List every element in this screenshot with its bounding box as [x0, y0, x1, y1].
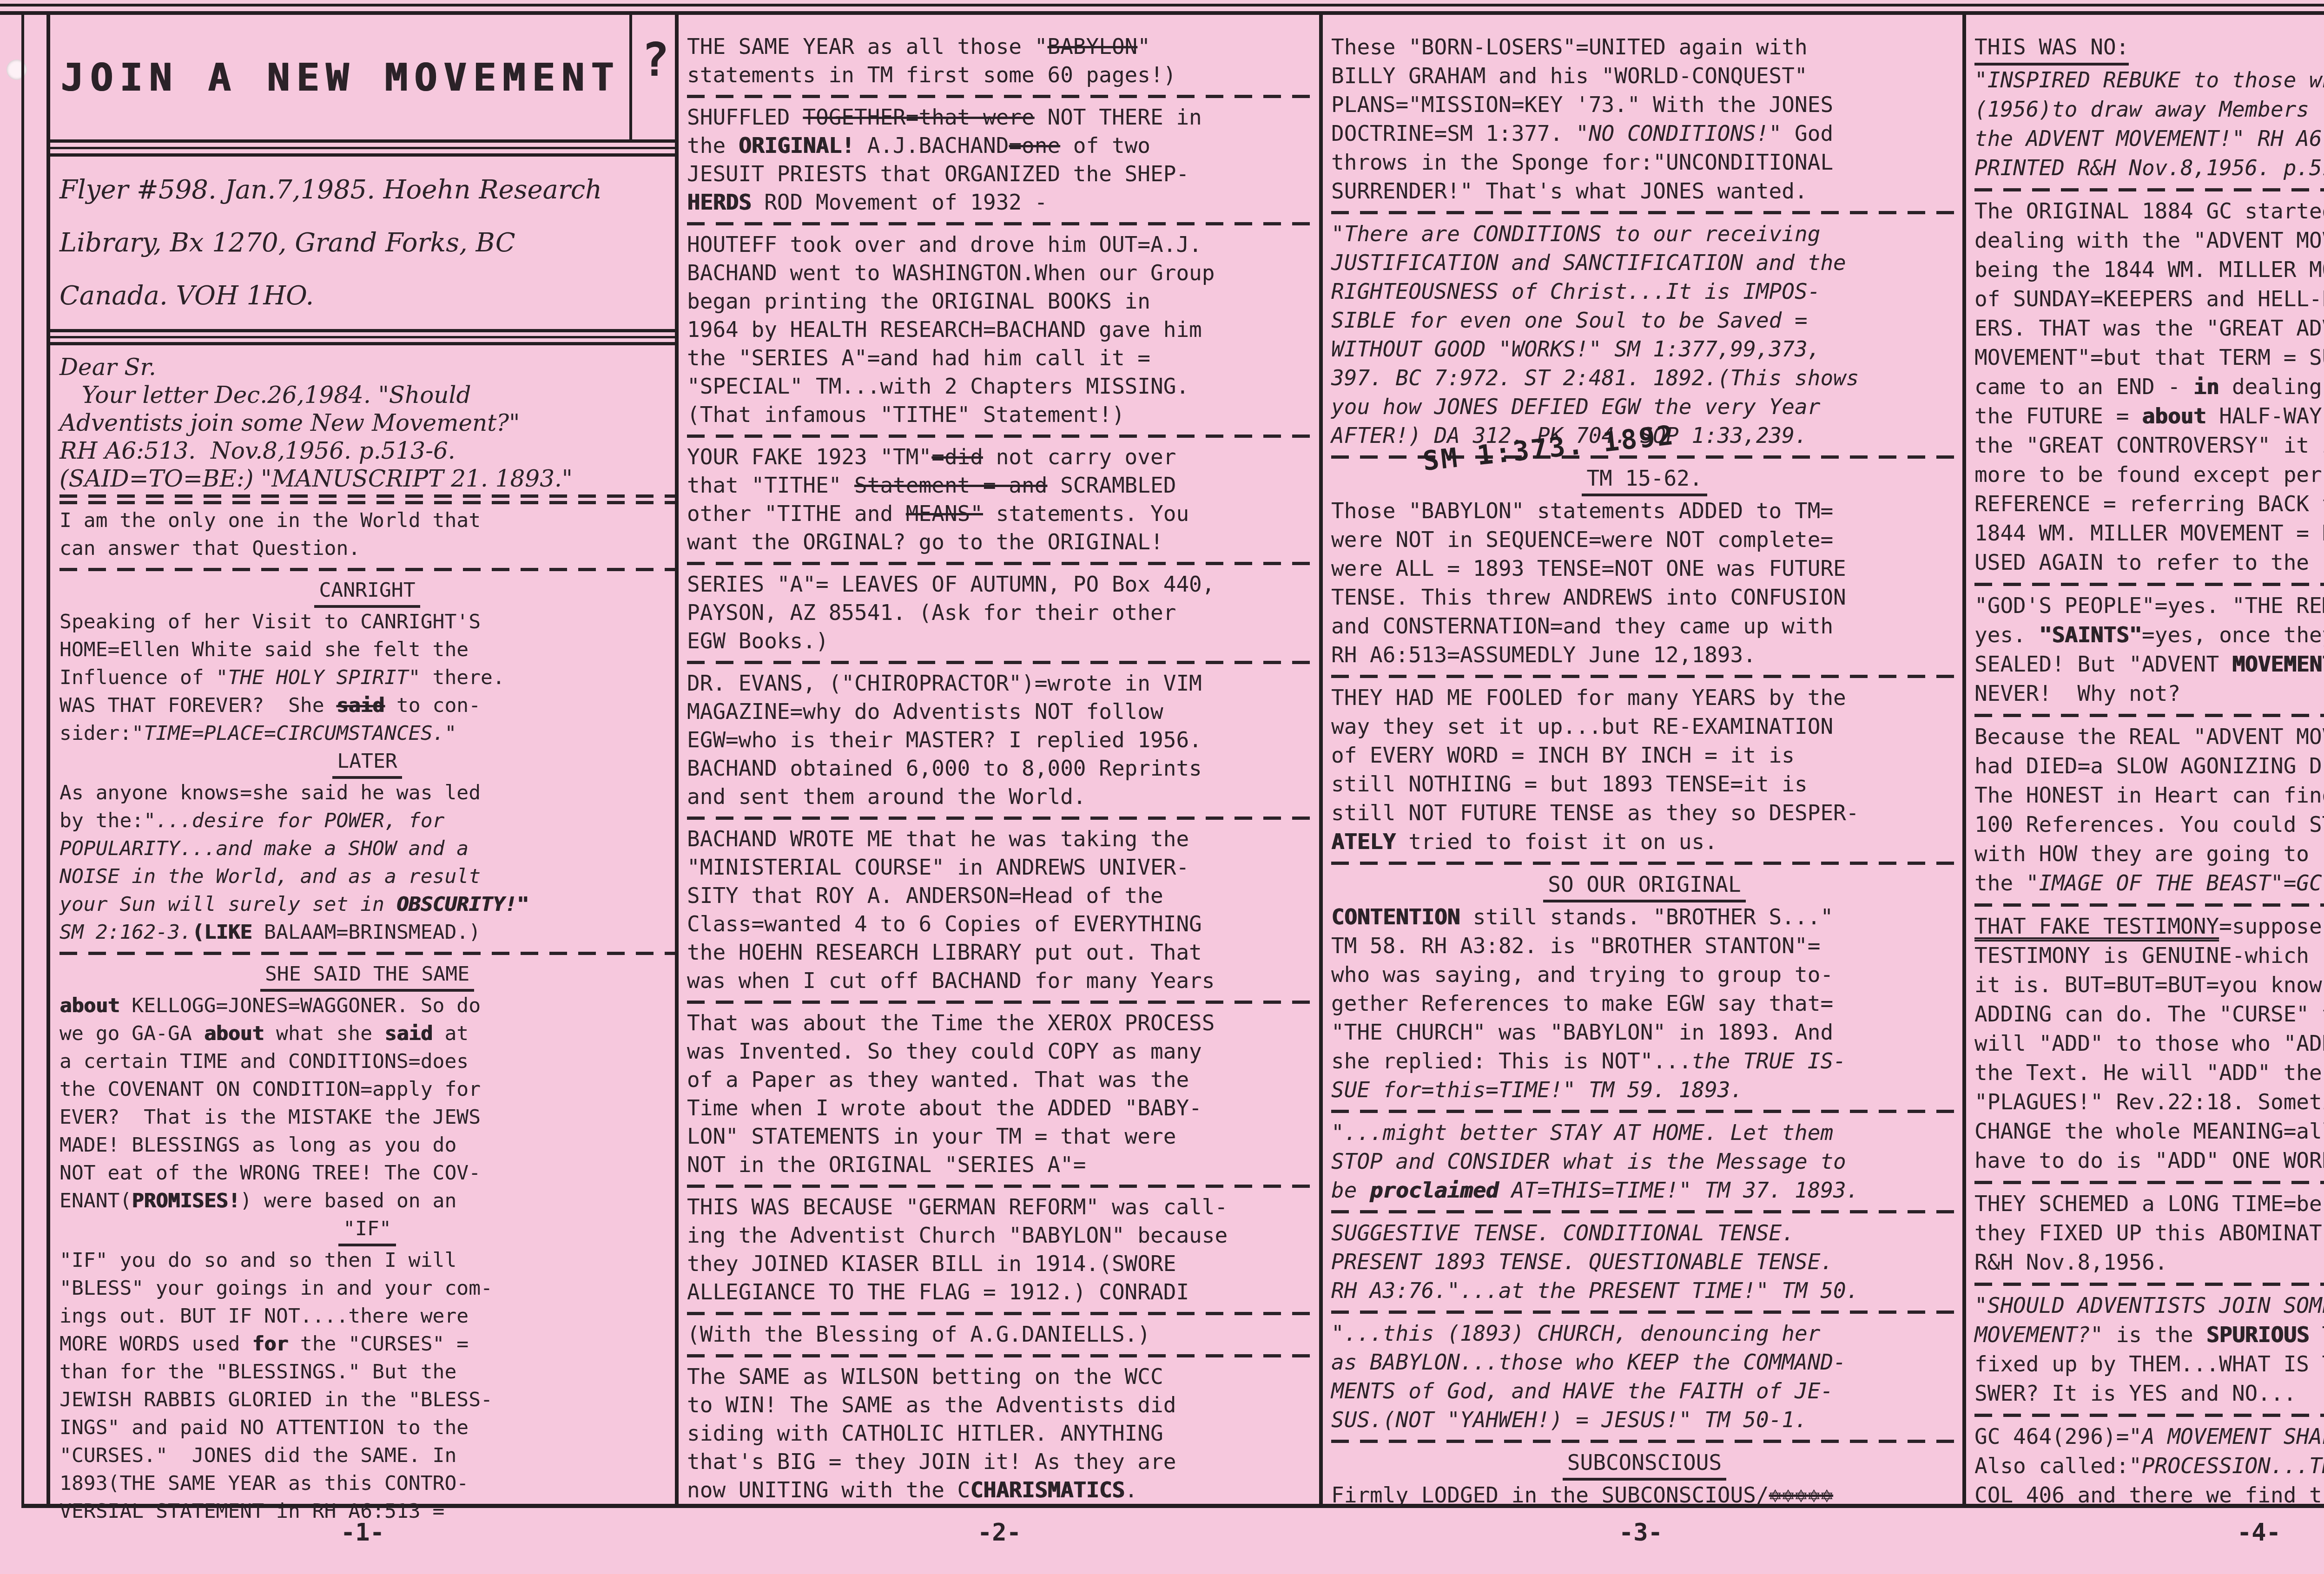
column-2: THE SAME YEAR as all those "BABYLON"stat… — [687, 33, 1314, 1504]
text-line: with HOW they are going to set up — [1974, 839, 2324, 869]
text-line: BACHAND WROTE ME that he was taking the — [687, 825, 1314, 853]
text-line: REFERENCE = referring BACK to the — [1974, 489, 2324, 519]
text-line: dealing with the "ADVENT MOVEMENT" — [1974, 226, 2324, 255]
dashed-separator — [1331, 1434, 1958, 1448]
text-line: THEY HAD ME FOOLED for many YEARS by the — [1331, 683, 1958, 712]
text-line: EGW=who is their MASTER? I replied 1956. — [687, 726, 1314, 754]
text-line: the ORIGINAL! A.J.BACHAND=one of two — [687, 132, 1314, 160]
masthead-line: Flyer #598. Jan.7,1985. Hoehn Research — [59, 164, 673, 217]
text-line: Influence of "THE HOLY SPIRIT" there. — [59, 664, 675, 692]
text-line: they JOINED KIASER BILL in 1914.(SWORE — [687, 1250, 1314, 1278]
text-line: RIGHTEOUSNESS of Christ...It is IMPOS- — [1331, 277, 1958, 306]
dashed-separator — [687, 217, 1314, 231]
dashed-separator — [1331, 1205, 1958, 1218]
text-line: came to an END - in dealing with — [1974, 372, 2324, 402]
text-line: TESTIMONY is GENUINE-which I think — [1974, 941, 2324, 970]
text-line: "BLESS" your goings in and your com- — [59, 1274, 675, 1302]
text-line: "...might better STAY AT HOME. Let them — [1331, 1118, 1958, 1147]
text-line: STOP and CONSIDER what is the Message to — [1331, 1147, 1958, 1176]
text-line: will "ADD" to those who "ADD" to — [1974, 1029, 2324, 1058]
text-line: NOT eat of the WRONG TREE! The COV- — [59, 1159, 675, 1187]
text-line: SEALED! But "ADVENT MOVEMENT"= — [1974, 650, 2324, 679]
text-line: yes. "SAINTS"=yes, once they are — [1974, 620, 2324, 650]
dashed-separator — [687, 995, 1314, 1009]
text-line: INGS" and paid NO ATTENTION to the — [59, 1414, 675, 1442]
text-line: Speaking of her Visit to CANRIGHT'S — [59, 608, 675, 636]
text-line: still NOTHIING = but 1893 TENSE=it is — [1331, 770, 1958, 798]
text-line: LON" STATEMENTS in your TM = that were — [687, 1122, 1314, 1151]
text-line: HOUTEFF took over and drove him OUT=A.J. — [687, 231, 1314, 259]
column-1: Dear Sr. Your letter Dec.26,1984. "Shoul… — [59, 353, 675, 1525]
text-line: THEY SCHEMED a LONG TIME=before — [1974, 1189, 2324, 1218]
text-line: ENANT(PROMISES!) were based on an — [59, 1187, 675, 1215]
text-line: of SUNDAY=KEEPERS and HELL-BELIEV- — [1974, 284, 2324, 314]
text-line: DOCTRINE=SM 1:377. "NO CONDITIONS!" God — [1331, 119, 1958, 148]
text-line: the "GREAT CONTROVERSY" it is no — [1974, 431, 2324, 460]
dashed-separator — [59, 562, 675, 576]
text-line: sider:"TIME=PLACE=CIRCUMSTANCES." — [59, 719, 675, 747]
text-line: "SHOULD ADVENTISTS JOIN SOME NEW — [1974, 1291, 2324, 1320]
masthead-underline — [50, 342, 676, 345]
text-line: ATELY tried to foist it on us. — [1331, 827, 1958, 856]
frame-rule — [0, 4, 2324, 7]
dashed-separator — [687, 429, 1314, 443]
text-line: still NOT FUTURE TENSE as they so DESPER… — [1331, 798, 1958, 827]
text-line: SUE for=this=TIME!" TM 59. 1893. — [1331, 1075, 1958, 1104]
text-line: the "IMAGE OF THE BEAST"=GC 443-5. — [1974, 869, 2324, 898]
text-line: the Text. He will "ADD" the 7 Last — [1974, 1058, 2324, 1087]
text-line: MOVEMENT?" is the SPURIOUS TITLE — [1974, 1320, 2324, 1350]
text-line: as BABYLON...those who KEEP the COMMAND- — [1331, 1348, 1958, 1376]
text-line: "SPECIAL" TM...with 2 Chapters MISSING. — [687, 372, 1314, 401]
text-line: ing the Adventist Church "BABYLON" becau… — [687, 1221, 1314, 1250]
text-line: Also called:"PROCESSION...THRONG." — [1974, 1451, 2324, 1481]
masthead-underline — [50, 329, 676, 332]
text-line: 100 References. You could START — [1974, 810, 2324, 839]
text-line: your Sun will surely set in OBSCURITY!" — [59, 890, 675, 918]
text-line: Because the REAL "ADVENT MOVEMENT" — [1974, 722, 2324, 751]
dashed-separator — [1974, 898, 2324, 912]
text-line: EVER? That is the MISTAKE the JEWS — [59, 1103, 675, 1131]
title-underline — [50, 153, 676, 157]
text-line: As anyone knows=she said he was led — [59, 779, 675, 807]
text-line: that "TITHE" Statement = and SCRAMBLED — [687, 471, 1314, 500]
text-line: WAS THAT FOREVER? She said to con- — [59, 692, 675, 719]
text-line: (That infamous "TITHE" Statement!) — [687, 401, 1314, 429]
text-line: SITY that ROY A. ANDERSON=Head of the — [687, 882, 1314, 910]
text-line: 1893(THE SAME YEAR as this CONTRO- — [59, 1469, 675, 1497]
text-line: we go GA-GA about what she said at — [59, 1020, 675, 1047]
text-line: The HONEST in Heart can find it in — [1974, 781, 2324, 810]
text-line: ings out. BUT IF NOT....there were — [59, 1302, 675, 1330]
text-line: CANRIGHT — [59, 576, 675, 608]
text-line: BACHAND obtained 6,000 to 8,000 Reprints — [687, 754, 1314, 783]
text-line: of EVERY WORD = INCH BY INCH = it is — [1331, 741, 1958, 770]
text-line: can answer that Question. — [59, 534, 675, 562]
text-line: way they set it up...but RE-EXAMINATION — [1331, 712, 1958, 741]
text-line: "There are CONDITIONS to our receiving — [1331, 219, 1958, 248]
text-line: POPULARITY...and make a SHOW and a — [59, 835, 675, 863]
text-line: about KELLOGG=JONES=WAGGONER. So do — [59, 992, 675, 1020]
dashed-separator — [687, 89, 1314, 103]
dashed-separator — [1331, 1305, 1958, 1319]
frame-rule — [46, 11, 50, 1508]
text-line: 397. BC 7:972. ST 2:481. 1892.(This show… — [1331, 363, 1958, 392]
dashed-separator — [1331, 205, 1958, 219]
text-line: SUS.(NOT "YAHWEH!) = JESUS!" TM 50-1. — [1331, 1405, 1958, 1434]
dashed-separator — [1331, 1104, 1958, 1118]
masthead-underline — [50, 336, 676, 338]
text-line: SHE SAID THE SAME — [59, 960, 675, 992]
text-line: USED AGAIN to refer to the FUTURE. — [1974, 548, 2324, 577]
text-line: ADDING can do. The "CURSE" that God — [1974, 1000, 2324, 1029]
text-line: SIBLE for even one Soul to be Saved = — [1331, 306, 1958, 335]
text-line: SWER? It is YES and NO... — [1974, 1379, 2324, 1408]
text-line: NOISE in the World, and as a result — [59, 863, 675, 890]
text-line: CHANGE the whole MEANING=all they — [1974, 1117, 2324, 1146]
text-line: THIS WAS NO: — [1974, 33, 2324, 66]
text-line: the ADVENT MOVEMENT!" RH A6:513. — [1974, 124, 2324, 153]
text-line: and CONSTERNATION=and they came up with — [1331, 612, 1958, 640]
text-line: now UNITING with the CCHARISMATICS. — [687, 1476, 1314, 1504]
page-title: JOIN A NEW MOVEMENT — [60, 24, 618, 131]
text-line: SM 2:162-3.(LIKE BALAAM=BRINSMEAD.) — [59, 918, 675, 946]
text-line: the "SERIES A"=and had him call it = — [687, 344, 1314, 372]
text-line: "IF" — [59, 1215, 675, 1246]
text-line: was when I cut off BACHAND for many Year… — [687, 967, 1314, 995]
dashed-separator — [1974, 1175, 2324, 1189]
text-line: Class=wanted 4 to 6 Copies of EVERYTHING — [687, 910, 1314, 938]
text-line: The ORIGINAL 1884 GC started out — [1974, 197, 2324, 226]
column-divider — [1319, 11, 1323, 1508]
dashed-separator — [59, 493, 675, 507]
text-line: fixed up by THEM...WHAT IS THE AN- — [1974, 1350, 2324, 1379]
text-line: THAT FAKE TESTIMONY=suppose the — [1974, 912, 2324, 941]
text-line: she replied: This is NOT"...the TRUE IS- — [1331, 1047, 1958, 1075]
text-line: MAGAZINE=why do Adventists NOT follow — [687, 698, 1314, 726]
text-line: 1844 WM. MILLER MOVEMENT = NEVER — [1974, 519, 2324, 548]
text-line: being the 1844 WM. MILLER MOVEMENT — [1974, 255, 2324, 284]
column-divider — [1962, 11, 1966, 1508]
text-line: NEVER! Why not? — [1974, 679, 2324, 708]
text-line: YOUR FAKE 1923 "TM"=did not carry over — [687, 443, 1314, 471]
text-line: Your letter Dec.26,1984. "Should — [59, 381, 675, 409]
text-line: GC 464(296)="A MOVEMENT SHALL COME" — [1974, 1422, 2324, 1451]
text-line: statements in TM first some 60 pages!) — [687, 61, 1314, 89]
title-underline — [50, 147, 676, 149]
text-line: and sent them around the World. — [687, 783, 1314, 811]
text-line: The SAME as WILSON betting on the WCC — [687, 1363, 1314, 1391]
page-number-3: -3- — [1594, 1519, 1687, 1547]
text-line: that's BIG = they JOIN it! As they are — [687, 1448, 1314, 1476]
dashed-separator — [59, 946, 675, 960]
text-line: Firmly LODGED in the SUBCONSCIOUS/✡✡✡✡✡ — [1331, 1481, 1958, 1509]
text-line: That was about the Time the XEROX PROCES… — [687, 1009, 1314, 1037]
dashed-separator — [1974, 1277, 2324, 1291]
text-line: SUGGESTIVE TENSE. CONDITIONAL TENSE. — [1331, 1218, 1958, 1247]
text-line: you how JONES DEFIED EGW the very Year — [1331, 392, 1958, 421]
text-line: MENTS of God, and HAVE the FAITH of JE- — [1331, 1376, 1958, 1405]
text-line: RH A6:513. Nov.8,1956. p.513-6. — [59, 437, 675, 465]
text-line: (1956)to draw away Members from — [1974, 95, 2324, 124]
text-line: the HOEHN RESEARCH LIBRARY put out. That — [687, 938, 1314, 967]
frame-rule — [21, 11, 24, 1508]
text-line: were NOT in SEQUENCE=were NOT complete= — [1331, 525, 1958, 554]
text-line: Time when I wrote about the ADDED "BABY- — [687, 1094, 1314, 1122]
text-line: BILLY GRAHAM and his "WORLD-CONQUEST" — [1331, 61, 1958, 90]
text-line: "THE CHURCH" was "BABYLON" in 1893. And — [1331, 1018, 1958, 1047]
text-line: DR. EVANS, ("CHIROPRACTOR")=wrote in VIM — [687, 669, 1314, 698]
text-line: PLANS="MISSION=KEY '73." With the JONES — [1331, 90, 1958, 119]
text-line: COL 406 and there we find the Word✡ — [1974, 1481, 2324, 1510]
text-line: BACHAND went to WASHINGTON.When our Grou… — [687, 259, 1314, 287]
dashed-separator — [687, 556, 1314, 570]
text-line: siding with CATHOLIC HITLER. ANYTHING — [687, 1419, 1314, 1448]
text-line: ERS. THAT was the "GREAT ADVENT — [1974, 314, 2324, 343]
text-line: MOVEMENT"=but that TERM = SUDDENLY — [1974, 343, 2324, 372]
dashed-separator — [1331, 856, 1958, 870]
text-line: other "TITHE and MEANS" statements. You — [687, 500, 1314, 528]
text-line: SUBCONSCIOUS — [1331, 1448, 1958, 1481]
text-line: TM 58. RH A3:82. is "BROTHER STANTON"= — [1331, 931, 1958, 960]
text-line: be proclaimed AT=THIS=TIME!" TM 37. 1893… — [1331, 1176, 1958, 1205]
dashed-separator — [687, 1179, 1314, 1193]
text-line: were ALL = 1893 TENSE=NOT ONE was FUTURE — [1331, 554, 1958, 583]
text-line: THIS WAS BECAUSE "GERMAN REFORM" was cal… — [687, 1193, 1314, 1221]
dashed-separator — [687, 1306, 1314, 1320]
text-line: CONTENTION still stands. "BROTHER S..." — [1331, 902, 1958, 931]
title-underline — [50, 139, 676, 143]
title-question-divider — [629, 15, 632, 139]
masthead-line: Library, Bx 1270, Grand Forks, BC — [59, 217, 673, 270]
text-line: (With the Blessing of A.G.DANIELLS.) — [687, 1320, 1314, 1349]
text-line: than for the "BLESSINGS." But the — [59, 1358, 675, 1386]
column-3: These "BORN-LOSERS"=UNITED again withBIL… — [1331, 33, 1958, 1509]
text-line: "CURSES." JONES did the SAME. In — [59, 1442, 675, 1469]
title-question-mark: ? — [636, 33, 675, 87]
text-line: to WIN! The SAME as the Adventists did — [687, 1391, 1314, 1419]
text-line: have to do is "ADD" ONE WORD! — [1974, 1146, 2324, 1175]
text-line: (SAID=TO=BE:) "MANUSCRIPT 21. 1893." — [59, 465, 675, 493]
text-line: had DIED=a SLOW AGONIZING DEATH! — [1974, 751, 2324, 781]
text-line: the FUTURE = about HALF-WAY thru — [1974, 402, 2324, 431]
text-line: Those "BABYLON" statements ADDED to TM= — [1331, 496, 1958, 525]
dashed-separator — [687, 811, 1314, 825]
text-line: they FIXED UP this ABOMINATION in — [1974, 1218, 2324, 1248]
text-line: HOME=Ellen White said she felt the — [59, 636, 675, 664]
text-line: NOT in the ORIGINAL "SERIES A"= — [687, 1151, 1314, 1179]
text-line: SERIES "A"= LEAVES OF AUTUMN, PO Box 440… — [687, 570, 1314, 599]
column-4: THIS WAS NO:"INSPIRED REBUKE to those wh… — [1974, 33, 2324, 1510]
text-line: THE SAME YEAR as all those "BABYLON" — [687, 33, 1314, 61]
text-line: HERDS ROD Movement of 1932 - — [687, 188, 1314, 217]
text-line: PAYSON, AZ 85541. (Ask for their other — [687, 599, 1314, 627]
text-line: "IF" you do so and so then I will — [59, 1246, 675, 1274]
text-line: by the:"...desire for POWER, for — [59, 807, 675, 835]
page-number-2: -2- — [953, 1519, 1046, 1547]
text-line: LATER — [59, 747, 675, 779]
text-line: the COVENANT ON CONDITION=apply for — [59, 1075, 675, 1103]
text-line: These "BORN-LOSERS"=UNITED again with — [1331, 33, 1958, 61]
text-line: I am the only one in the World that — [59, 507, 675, 534]
text-line: R&H Nov.8,1956. — [1974, 1248, 2324, 1277]
text-line: SURRENDER!" That's what JONES wanted. — [1331, 177, 1958, 205]
text-line: EGW Books.) — [687, 627, 1314, 655]
masthead-line: Canada. VOH 1HO. — [59, 270, 673, 323]
dashed-separator — [687, 1349, 1314, 1363]
text-line: SHUFFLED TOGETHER=that were NOT THERE in — [687, 103, 1314, 132]
text-line: RH A3:76."...at the PRESENT TIME!" TM 50… — [1331, 1276, 1958, 1305]
page-number-4: -4- — [2212, 1519, 2305, 1547]
frame-rule — [0, 11, 2324, 15]
text-line: MADE! BLESSINGS as long as you do — [59, 1131, 675, 1159]
text-line: TENSE. This threw ANDREWS into CONFUSION — [1331, 583, 1958, 612]
dashed-separator — [1974, 183, 2324, 197]
text-line: was Invented. So they could COPY as many — [687, 1037, 1314, 1066]
text-line: "PLAGUES!" Rev.22:18. Sometimes to — [1974, 1087, 2324, 1117]
column-divider — [675, 11, 679, 1508]
dashed-separator — [1974, 708, 2324, 722]
text-line: "...this (1893) CHURCH, denouncing her — [1331, 1319, 1958, 1348]
dashed-separator — [1974, 577, 2324, 591]
text-line: began printing the ORIGINAL BOOKS in — [687, 287, 1314, 316]
text-line: WITHOUT GOOD "WORKS!" SM 1:377,99,373, — [1331, 335, 1958, 363]
page-title-text: JOIN A NEW MOVEMENT — [60, 56, 620, 100]
dashed-separator — [1331, 669, 1958, 683]
text-line: "MINISTERIAL COURSE" in ANDREWS UNIVER- — [687, 853, 1314, 882]
text-line: throws in the Sponge for:"UNCONDITIONAL — [1331, 148, 1958, 177]
text-line: SO OUR ORIGINAL — [1331, 870, 1958, 902]
text-line: Dear Sr. — [59, 353, 675, 381]
text-line: who was saying, and trying to group to- — [1331, 960, 1958, 989]
text-line: 1964 by HEALTH RESEARCH=BACHAND gave him — [687, 316, 1314, 344]
text-line: JUSTIFICATION and SANCTIFICATION and the — [1331, 248, 1958, 277]
text-line: PRESENT 1893 TENSE. QUESTIONABLE TENSE. — [1331, 1247, 1958, 1276]
text-line: gether References to make EGW say that= — [1331, 989, 1958, 1018]
text-line: Adventists join some New Movement?" — [59, 409, 675, 437]
page-number-1: -1- — [316, 1519, 409, 1547]
text-line: JEWISH RABBIS GLORIED in the "BLESS- — [59, 1386, 675, 1414]
text-line: more to be found except perhaps ONE — [1974, 460, 2324, 489]
text-line: PRINTED R&H Nov.8,1956. p.513-6. — [1974, 153, 2324, 183]
flyer-page: JOIN A NEW MOVEMENT ? Flyer #598. Jan.7,… — [0, 0, 2324, 1574]
text-line: RH A6:513=ASSUMEDLY June 12,1893. — [1331, 640, 1958, 669]
text-line: want the ORGINAL? go to the ORIGINAL! — [687, 528, 1314, 556]
dashed-separator — [1974, 1408, 2324, 1422]
text-line: JESUIT PRIESTS that ORGANIZED the SHEP- — [687, 160, 1314, 188]
masthead: Flyer #598. Jan.7,1985. Hoehn Research L… — [59, 164, 673, 323]
text-line: a certain TIME and CONDITIONS=does — [59, 1047, 675, 1075]
text-line: of a Paper as they wanted. That was the — [687, 1066, 1314, 1094]
dashed-separator — [687, 655, 1314, 669]
text-line: MORE WORDS used for the "CURSES" = — [59, 1330, 675, 1358]
text-line: "GOD'S PEOPLE"=yes. "THE REMNANT"= — [1974, 591, 2324, 620]
text-line: ALLEGIANCE TO THE FLAG = 1912.) CONRADI — [687, 1278, 1314, 1306]
text-line: "INSPIRED REBUKE to those who SEEK — [1974, 66, 2324, 95]
text-line: it is. BUT=BUT=BUT=you know what — [1974, 970, 2324, 1000]
